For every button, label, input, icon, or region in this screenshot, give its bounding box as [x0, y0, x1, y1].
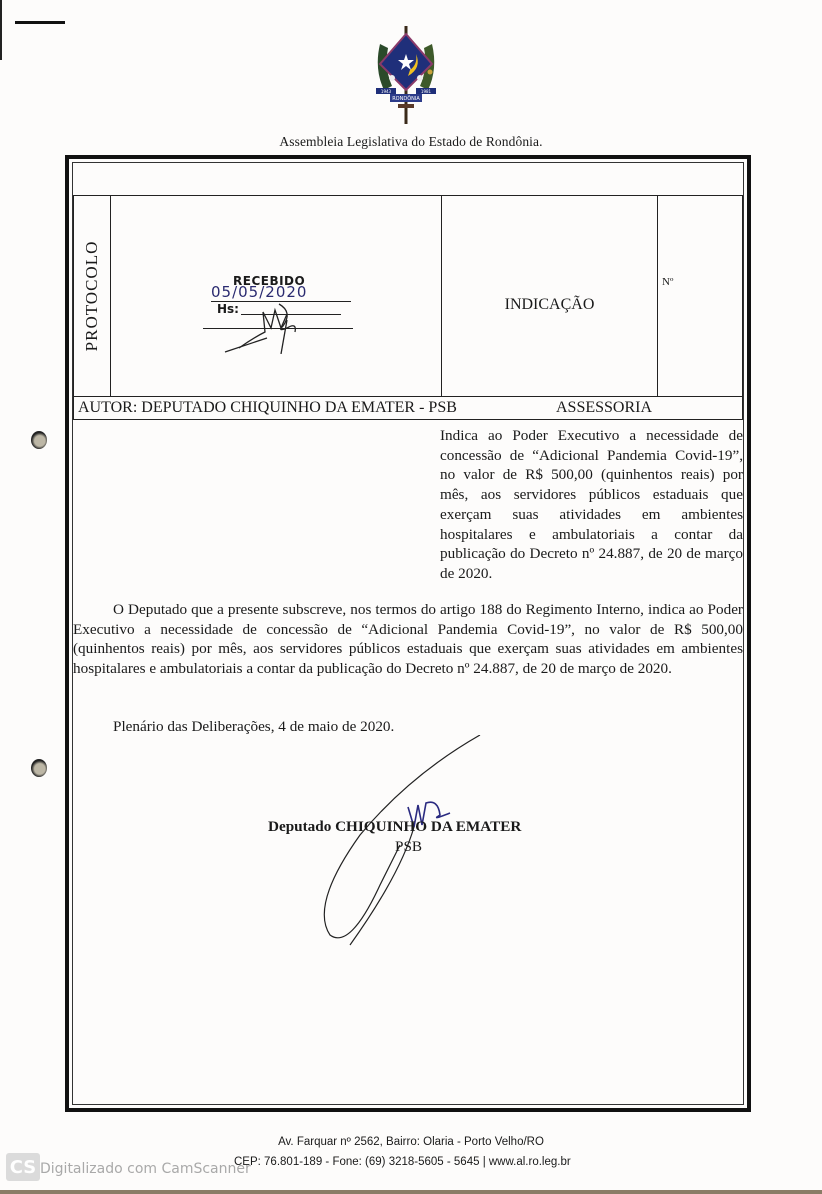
protocol-label: PROTOCOLO [82, 241, 102, 352]
camscanner-logo-icon: CS [6, 1153, 40, 1181]
signatory-name: Deputado CHIQUINHO DA EMATER [268, 818, 521, 836]
advisory: ASSESSORIA [552, 399, 652, 417]
number-cell: Nº [658, 196, 743, 397]
body-paragraph: O Deputado que a presente subscreve, nos… [73, 600, 743, 679]
svg-text:1981: 1981 [421, 89, 432, 94]
ementa: Indica ao Poder Executivo a necessidade … [440, 426, 743, 584]
footer-contact: CEP: 76.801-189 - Fone: (69) 3218-5605 -… [234, 1156, 571, 1168]
footer-address: Av. Farquar nº 2562, Bairro: Olaria - Po… [0, 1136, 822, 1148]
svg-text:RONDÔNIA: RONDÔNIA [392, 95, 420, 102]
document-type-cell: INDICAÇÃO [442, 196, 658, 397]
page-edge [0, 0, 2, 60]
number-label: Nº [662, 276, 673, 288]
place-date: Plenário das Deliberações, 4 de maio de … [113, 718, 394, 736]
received-stamp: RECEBIDO 05/05/2020 Hs: [203, 274, 358, 354]
coat-of-arms-icon: RONDÔNIA 1943 1981 [372, 24, 440, 128]
stamp-cell: RECEBIDO 05/05/2020 Hs: [111, 196, 442, 397]
protocol-table: PROTOCOLO RECEBIDO 05/05/2020 Hs: INDICA… [73, 195, 743, 420]
binder-hole-icon [31, 431, 47, 449]
signatory-party: PSB [395, 838, 422, 856]
author: AUTOR: DEPUTADO CHIQUINHO DA EMATER - PS… [74, 399, 457, 416]
binder-hole-icon [31, 759, 47, 777]
camscanner-watermark: Digitalizado com CamScanner [40, 1161, 251, 1177]
stamp-signature-icon [223, 298, 313, 354]
author-row: AUTOR: DEPUTADO CHIQUINHO DA EMATER - PS… [74, 397, 743, 420]
institution-name: Assembleia Legislativa do Estado de Rond… [0, 134, 822, 150]
svg-text:1943: 1943 [381, 89, 392, 94]
scan-edge [0, 1190, 822, 1194]
document-type: INDICAÇÃO [442, 296, 657, 314]
scan-mark [15, 21, 65, 24]
protocol-cell: PROTOCOLO [74, 196, 111, 397]
